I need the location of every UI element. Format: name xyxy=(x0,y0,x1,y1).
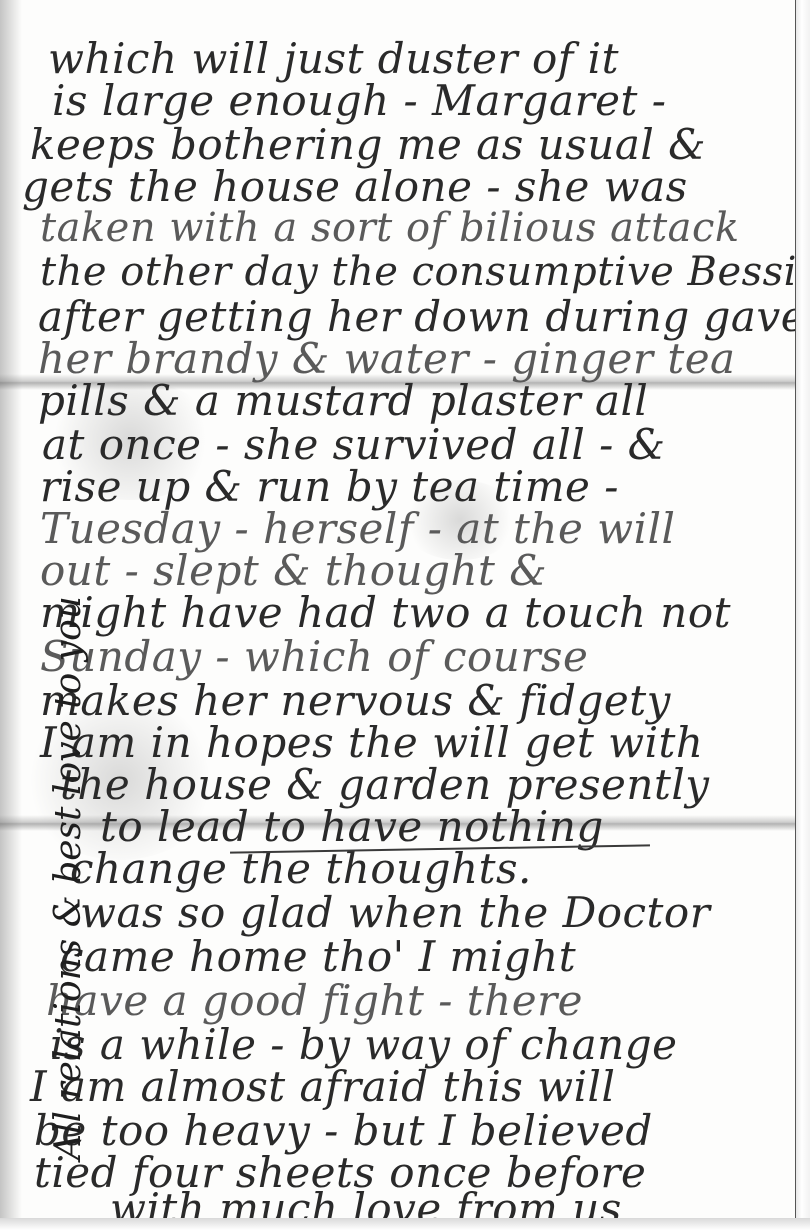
margin-note: All relations & best love to you xyxy=(48,596,89,1160)
letter-line: is large enough - Margaret - xyxy=(52,80,666,122)
letter-line: the house & garden presently xyxy=(60,764,709,806)
letter-line: keeps bothering me as usual & xyxy=(30,124,706,166)
letter-line: pills & a mustard plaster all xyxy=(38,380,648,422)
letter-line: with much love from us xyxy=(110,1188,622,1218)
letter-line: I am almost afraid this will xyxy=(30,1066,615,1108)
letter-line: which will just duster of it xyxy=(48,38,619,80)
letter-line: gets the house alone - she was xyxy=(22,166,688,208)
letter-line: her brandy & water - ginger tea xyxy=(38,338,736,380)
page-edge xyxy=(0,1218,810,1230)
letter-line: makes her nervous & fidgety xyxy=(40,680,671,722)
letter-line: was so glad when the Doctor xyxy=(80,892,710,934)
letter-line: at once - she survived all - & xyxy=(42,424,666,466)
letter-line: I am in hopes the will get with xyxy=(40,722,704,764)
letter-line: be too heavy - but I believed xyxy=(34,1110,653,1152)
letter-line: rise up & run by tea time - xyxy=(40,466,619,508)
letter-line: the other day the consumptive Bessie xyxy=(40,252,796,292)
letter-line: might have had two a touch not xyxy=(40,592,731,634)
letter-line: change the thoughts. xyxy=(70,848,532,890)
letter-line: taken with a sort of bilious attack xyxy=(40,208,740,248)
page-edge xyxy=(795,0,810,1230)
letter-line: Tuesday - herself - at the will xyxy=(40,508,675,550)
letter-line: is a while - by way of change xyxy=(50,1024,677,1066)
letter-line: out - slept & thought & xyxy=(40,550,547,592)
letter-line: have a good fight - there xyxy=(46,980,583,1022)
letter-line: Sunday - which of course xyxy=(40,636,588,678)
letter-line: came home tho' I might xyxy=(60,936,576,978)
page-shadow xyxy=(0,0,22,1218)
letter-page: which will just duster of it is large en… xyxy=(0,0,796,1218)
letter-line: to lead to have nothing xyxy=(100,806,604,848)
letter-line: after getting her down during gave xyxy=(38,296,796,338)
